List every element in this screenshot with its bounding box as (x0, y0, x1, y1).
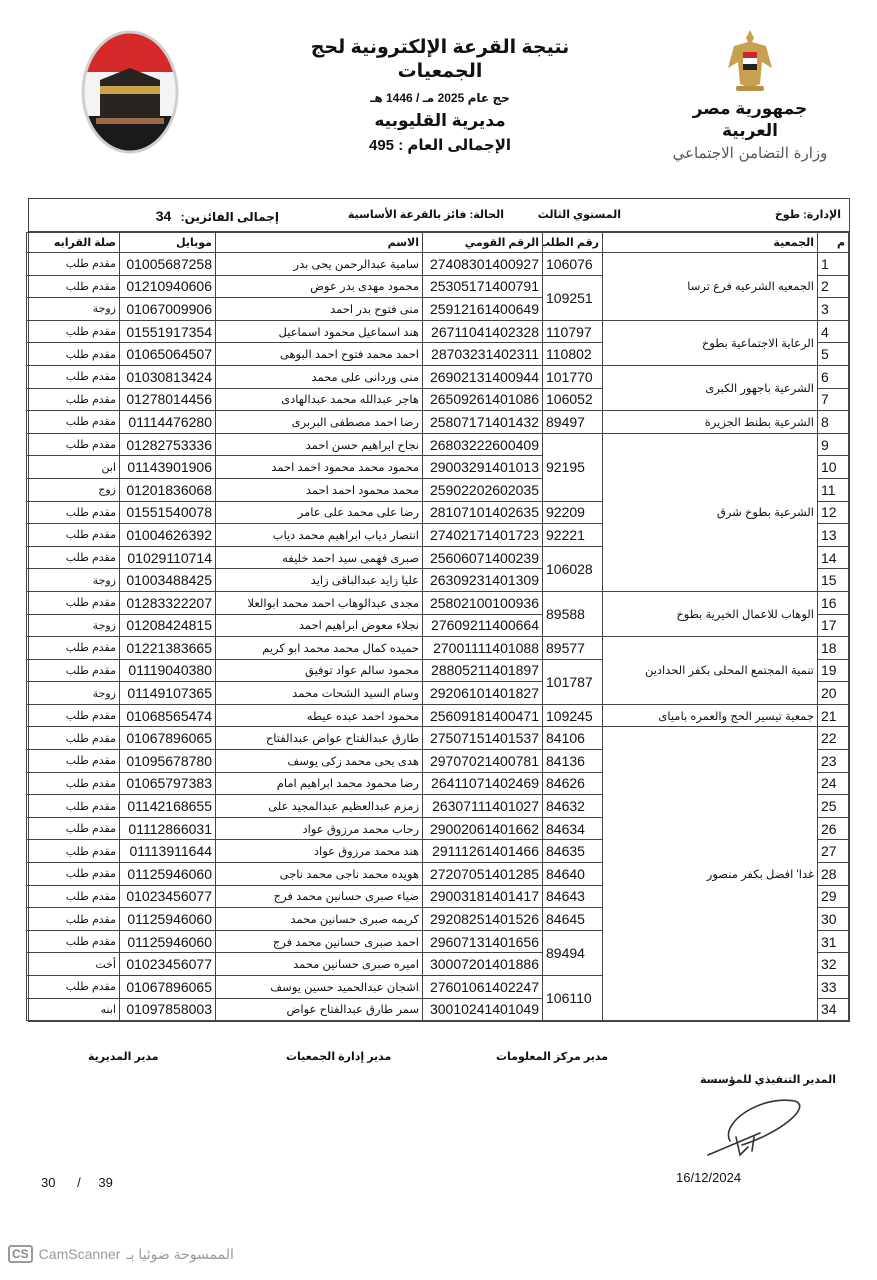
handwritten-signature (700, 1093, 810, 1163)
national-id: 27507151401537 (423, 727, 543, 750)
relation: مقدم طلب (27, 591, 120, 614)
col-header-national-id: الرقم القومي (423, 233, 543, 253)
mobile-number: 01278014456 (120, 388, 216, 411)
association-name: الشرعية باجهور الكبرى (603, 365, 818, 410)
winners-table: م الجمعية رقم الطلب الرقم القومي الاسم م… (26, 232, 849, 1021)
person-name: رضا احمد مصطفى البربرى (216, 411, 423, 434)
mobile-number: 01221383665 (120, 637, 216, 660)
application-number: 84136 (543, 750, 603, 773)
relation: مقدم طلب (27, 365, 120, 388)
mobile-number: 01097858003 (120, 998, 216, 1021)
relation: زوجة (27, 298, 120, 321)
mobile-number: 01143901906 (120, 456, 216, 479)
row-index: 21 (818, 704, 849, 727)
row-index: 33 (818, 976, 849, 999)
relation: مقدم طلب (27, 704, 120, 727)
relation: مقدم طلب (27, 388, 120, 411)
national-id: 29607131401656 (423, 930, 543, 953)
national-id: 29208251401526 (423, 908, 543, 931)
application-number: 84645 (543, 908, 603, 931)
relation: مقدم طلب (27, 772, 120, 795)
application-number: 110797 (543, 320, 603, 343)
row-index: 11 (818, 478, 849, 501)
application-number: 84634 (543, 817, 603, 840)
row-index: 30 (818, 908, 849, 931)
person-name: محمود محمد محمود احمد احمد (216, 456, 423, 479)
ministry-name: وزارة التضامن الاجتماعي (670, 142, 830, 164)
relation: مقدم طلب (27, 433, 120, 456)
association-name: الشرعية بطوخ شرق (603, 433, 818, 591)
person-name: وسام السيد الشحات محمد (216, 682, 423, 705)
application-number: 106076 (543, 253, 603, 276)
mobile-number: 01551540078 (120, 501, 216, 524)
table-row: 21جمعية تيسير الحج والعمره بامياى1092452… (27, 704, 849, 727)
row-index: 7 (818, 388, 849, 411)
national-id: 25802100100936 (423, 591, 543, 614)
relation: زوجة (27, 682, 120, 705)
application-number: 92221 (543, 524, 603, 547)
row-index: 5 (818, 343, 849, 366)
application-number: 92209 (543, 501, 603, 524)
national-id: 25609181400471 (423, 704, 543, 727)
application-number: 84106 (543, 727, 603, 750)
relation: مقدم طلب (27, 501, 120, 524)
row-index: 4 (818, 320, 849, 343)
mobile-number: 01030813424 (120, 365, 216, 388)
national-id: 29003181401417 (423, 885, 543, 908)
person-name: ضياء صبرى حسانين محمد فرج (216, 885, 423, 908)
application-number: 84635 (543, 840, 603, 863)
person-name: محمود احمد عبده عيطه (216, 704, 423, 727)
row-index: 24 (818, 772, 849, 795)
person-name: اشجان عبدالحميد حسين يوسف (216, 976, 423, 999)
person-name: اميره صبرى حسانين محمد (216, 953, 423, 976)
signature-directorate-manager: مدير المديرية (88, 1050, 159, 1063)
row-index: 10 (818, 456, 849, 479)
hajj-year: حج عام 2025 مـ / 1446 هـ (300, 88, 580, 108)
person-name: هند اسماعيل محمود اسماعيل (216, 320, 423, 343)
mobile-number: 01208424815 (120, 614, 216, 637)
national-id: 29707021400781 (423, 750, 543, 773)
relation: زوجة (27, 614, 120, 637)
person-name: كريمه صبرى حسانين محمد (216, 908, 423, 931)
row-index: 8 (818, 411, 849, 434)
mobile-number: 01067896065 (120, 976, 216, 999)
person-name: هند محمد مرزوق عواد (216, 840, 423, 863)
mobile-number: 01003488425 (120, 569, 216, 592)
signature-info-center: مدير مركز المعلومات (496, 1050, 608, 1063)
national-id: 28107101402635 (423, 501, 543, 524)
application-number: 109245 (543, 704, 603, 727)
person-name: هدى يحى محمد زكى يوسف (216, 750, 423, 773)
row-index: 26 (818, 817, 849, 840)
national-id: 26411071402469 (423, 772, 543, 795)
national-id: 25807171401432 (423, 411, 543, 434)
national-id: 25305171400791 (423, 275, 543, 298)
table-row: 8الشرعية بطنط الجزيرة8949725807171401432… (27, 411, 849, 434)
application-number: 101787 (543, 659, 603, 704)
col-header-relation: صلة القرابه (27, 233, 120, 253)
application-number: 106028 (543, 546, 603, 591)
table-row: 6الشرعية باجهور الكبرى101770269021314009… (27, 365, 849, 388)
application-number: 106110 (543, 976, 603, 1021)
results-frame: الإدارة: طوخ المستوي الثالث الحالة: فائز… (28, 198, 850, 1022)
col-header-association: الجمعية (603, 233, 818, 253)
relation: مقدم طلب (27, 637, 120, 660)
mobile-number: 01112866031 (120, 817, 216, 840)
application-number: 84640 (543, 863, 603, 886)
page-number: 30 / 39 (41, 1175, 113, 1190)
ministry-logo: جمهورية مصر العربية وزارة التضامن الاجتم… (670, 28, 830, 163)
row-index: 20 (818, 682, 849, 705)
grand-total: الإجمالى العام : 495 (300, 135, 580, 157)
row-index: 12 (818, 501, 849, 524)
level: المستوي الثالث (538, 208, 621, 221)
row-index: 14 (818, 546, 849, 569)
meta-row: الإدارة: طوخ المستوي الثالث الحالة: فائز… (29, 199, 849, 232)
mobile-number: 01068565474 (120, 704, 216, 727)
row-index: 9 (818, 433, 849, 456)
mobile-number: 01067009906 (120, 298, 216, 321)
person-name: رضا على محمد على عامر (216, 501, 423, 524)
mobile-number: 01004626392 (120, 524, 216, 547)
relation: مقدم طلب (27, 908, 120, 931)
national-id: 27609211400664 (423, 614, 543, 637)
national-id: 26803222600409 (423, 433, 543, 456)
national-id: 29003291401013 (423, 456, 543, 479)
relation: مقدم طلب (27, 524, 120, 547)
national-id: 26307111401027 (423, 795, 543, 818)
national-id: 25902202602035 (423, 478, 543, 501)
person-name: زمزم عبدالعظيم عبدالمجيد على (216, 795, 423, 818)
person-name: رحاب محمد مرزوق عواد (216, 817, 423, 840)
national-id: 26509261401086 (423, 388, 543, 411)
application-number: 84643 (543, 885, 603, 908)
relation: زوج (27, 478, 120, 501)
row-index: 32 (818, 953, 849, 976)
row-index: 18 (818, 637, 849, 660)
person-name: سمر طارق عبدالفتاح عواض (216, 998, 423, 1021)
national-id: 27001111401088 (423, 637, 543, 660)
table-row: 1الجمعيه الشرعيه فرع ترسا106076274083014… (27, 253, 849, 276)
person-name: انتصار دياب ابراهيم محمد دياب (216, 524, 423, 547)
national-id: 26902131400944 (423, 365, 543, 388)
relation: مقدم طلب (27, 840, 120, 863)
relation: مقدم طلب (27, 546, 120, 569)
relation: زوجة (27, 569, 120, 592)
print-date: 16/12/2024 (676, 1170, 741, 1185)
table-row: 4الرعاية الاجتماعية بطوخ1107972671104140… (27, 320, 849, 343)
mobile-number: 01113911644 (120, 840, 216, 863)
application-number: 110802 (543, 343, 603, 366)
association-name: الجمعيه الشرعيه فرع ترسا (603, 253, 818, 321)
table-row: 18تنمية المجتمع المحلى بكفر الحدادين8957… (27, 637, 849, 660)
person-name: صبرى فهمى سيد احمد خليفه (216, 546, 423, 569)
col-header-index: م (818, 233, 849, 253)
national-id: 27408301400927 (423, 253, 543, 276)
relation: مقدم طلب (27, 253, 120, 276)
mobile-number: 01201836068 (120, 478, 216, 501)
directorate-name: مديرية القليوبيه (300, 110, 580, 132)
row-index: 29 (818, 885, 849, 908)
status: الحالة: فائز بالقرعة الأساسية (348, 208, 504, 221)
person-name: طارق عبدالفتاح عواض عبدالفتاح (216, 727, 423, 750)
person-name: منى وردانى على محمد (216, 365, 423, 388)
association-name: الشرعية بطنط الجزيرة (603, 411, 818, 434)
row-index: 15 (818, 569, 849, 592)
person-name: حميده كمال محمد محمد ابو كريم (216, 637, 423, 660)
camscanner-watermark: CS CamScanner الممسوحة ضوئيا بـ (8, 1245, 234, 1263)
application-number: 89494 (543, 930, 603, 975)
person-name: نجلاء معوض ابراهيم احمد (216, 614, 423, 637)
mobile-number: 01282753336 (120, 433, 216, 456)
row-index: 31 (818, 930, 849, 953)
relation: مقدم طلب (27, 320, 120, 343)
mobile-number: 01029110714 (120, 546, 216, 569)
table-row: 9الشرعية بطوخ شرق9219526803222600409نجاح… (27, 433, 849, 456)
association-name: جمعية تيسير الحج والعمره بامياى (603, 704, 818, 727)
mobile-number: 01125946060 (120, 863, 216, 886)
row-index: 3 (818, 298, 849, 321)
row-index: 17 (818, 614, 849, 637)
country-name: جمهورية مصر العربية (670, 98, 830, 142)
row-index: 6 (818, 365, 849, 388)
association-name: غدا' افضل بكفر منصور (603, 727, 818, 1021)
mobile-number: 01114476280 (120, 411, 216, 434)
national-id: 28805211401897 (423, 659, 543, 682)
application-number: 89497 (543, 411, 603, 434)
camscanner-arabic-text: الممسوحة ضوئيا بـ (126, 1246, 234, 1263)
application-number: 84626 (543, 772, 603, 795)
relation: مقدم طلب (27, 976, 120, 999)
association-name: الرعاية الاجتماعية بطوخ (603, 320, 818, 365)
association-name: تنمية المجتمع المحلى بكفر الحدادين (603, 637, 818, 705)
table-row: 16الوهاب للاعمال الخيرية بطوخ89588258021… (27, 591, 849, 614)
national-id: 29206101401827 (423, 682, 543, 705)
person-name: هاجر عبدالله محمد عبدالهادى (216, 388, 423, 411)
relation: مقدم طلب (27, 343, 120, 366)
document-title: نتيجة القرعة الإلكترونية لحج الجمعيات (300, 36, 580, 84)
relation: مقدم طلب (27, 411, 120, 434)
person-name: محمود مهدى بدر عوض (216, 275, 423, 298)
association-name: الوهاب للاعمال الخيرية بطوخ (603, 591, 818, 636)
mobile-number: 01142168655 (120, 795, 216, 818)
grand-total-value: 495 (369, 137, 394, 154)
application-number: 109251 (543, 275, 603, 320)
person-name: احمد صبرى حسانين محمد فرج (216, 930, 423, 953)
national-id: 30010241401049 (423, 998, 543, 1021)
mobile-number: 01005687258 (120, 253, 216, 276)
application-number: 101770 (543, 365, 603, 388)
row-index: 1 (818, 253, 849, 276)
camscanner-logo-icon: CS (8, 1245, 33, 1263)
mobile-number: 01149107365 (120, 682, 216, 705)
association-logo (78, 28, 182, 156)
person-name: رضا محمود محمد ابراهيم امام (216, 772, 423, 795)
relation: ابن (27, 456, 120, 479)
signature-executive-director: المدير التنفيذي للمؤسسة (700, 1073, 836, 1086)
eagle-emblem-icon (726, 28, 774, 94)
relation: أخت (27, 953, 120, 976)
row-index: 2 (818, 275, 849, 298)
table-body: 1الجمعيه الشرعيه فرع ترسا106076274083014… (27, 253, 849, 1021)
grand-total-label: الإجمالى العام : (398, 137, 511, 154)
person-name: احمد محمد فتوح احمد البوهى (216, 343, 423, 366)
mobile-number: 01023456077 (120, 885, 216, 908)
application-number: 84632 (543, 795, 603, 818)
administration: الإدارة: طوخ (775, 208, 841, 221)
national-id: 26711041402328 (423, 320, 543, 343)
relation: مقدم طلب (27, 275, 120, 298)
relation: مقدم طلب (27, 930, 120, 953)
national-id: 27402171401723 (423, 524, 543, 547)
person-name: مجدى عبدالوهاب احمد محمد ابوالعلا (216, 591, 423, 614)
signature-associations-admin: مدير إدارة الجمعيات (286, 1050, 391, 1063)
person-name: منى فتوح بدر احمد (216, 298, 423, 321)
national-id: 26309231401309 (423, 569, 543, 592)
person-name: نجاح ابراهيم حسن احمد (216, 433, 423, 456)
mobile-number: 01551917354 (120, 320, 216, 343)
table-row: 22غدا' افضل بكفر منصور841062750715140153… (27, 727, 849, 750)
person-name: عليا زايد عبدالباقى زايد (216, 569, 423, 592)
col-header-mobile: موبايل (120, 233, 216, 253)
winners-total: إجمالى الفائزين: 34 (156, 208, 279, 224)
relation: مقدم طلب (27, 659, 120, 682)
row-index: 27 (818, 840, 849, 863)
person-name: هويده محمد ناجى محمد ناجى (216, 863, 423, 886)
relation: مقدم طلب (27, 863, 120, 886)
row-index: 16 (818, 591, 849, 614)
application-number: 92195 (543, 433, 603, 501)
relation: مقدم طلب (27, 727, 120, 750)
person-name: سامية عبدالرحمن يحى بدر (216, 253, 423, 276)
national-id: 27601061402247 (423, 976, 543, 999)
national-id: 29002061401662 (423, 817, 543, 840)
application-number: 106052 (543, 388, 603, 411)
mobile-number: 01065797383 (120, 772, 216, 795)
relation: ابنه (27, 998, 120, 1021)
mobile-number: 01125946060 (120, 908, 216, 931)
person-name: محمود سالم عواد توفيق (216, 659, 423, 682)
row-index: 19 (818, 659, 849, 682)
relation: مقدم طلب (27, 750, 120, 773)
relation: مقدم طلب (27, 817, 120, 840)
camscanner-text: CamScanner (39, 1246, 121, 1262)
col-header-application-number: رقم الطلب (543, 233, 603, 253)
row-index: 25 (818, 795, 849, 818)
document-header: نتيجة القرعة الإلكترونية لحج الجمعيات حج… (300, 36, 580, 157)
mobile-number: 01065064507 (120, 343, 216, 366)
mobile-number: 01283322207 (120, 591, 216, 614)
national-id: 27207051401285 (423, 863, 543, 886)
person-name: محمد محمود احمد احمد (216, 478, 423, 501)
national-id: 28703231402311 (423, 343, 543, 366)
relation: مقدم طلب (27, 795, 120, 818)
relation: مقدم طلب (27, 885, 120, 908)
col-header-name: الاسم (216, 233, 423, 253)
mobile-number: 01125946060 (120, 930, 216, 953)
national-id: 25912161400649 (423, 298, 543, 321)
application-number: 89577 (543, 637, 603, 660)
row-index: 34 (818, 998, 849, 1021)
national-id: 29111261401466 (423, 840, 543, 863)
mobile-number: 01119040380 (120, 659, 216, 682)
mobile-number: 01067896065 (120, 727, 216, 750)
table-header-row: م الجمعية رقم الطلب الرقم القومي الاسم م… (27, 233, 849, 253)
mobile-number: 01095678780 (120, 750, 216, 773)
application-number: 89588 (543, 591, 603, 636)
national-id: 30007201401886 (423, 953, 543, 976)
row-index: 22 (818, 727, 849, 750)
national-id: 25606071400239 (423, 546, 543, 569)
row-index: 23 (818, 750, 849, 773)
row-index: 28 (818, 863, 849, 886)
mobile-number: 01210940606 (120, 275, 216, 298)
row-index: 13 (818, 524, 849, 547)
mobile-number: 01023456077 (120, 953, 216, 976)
